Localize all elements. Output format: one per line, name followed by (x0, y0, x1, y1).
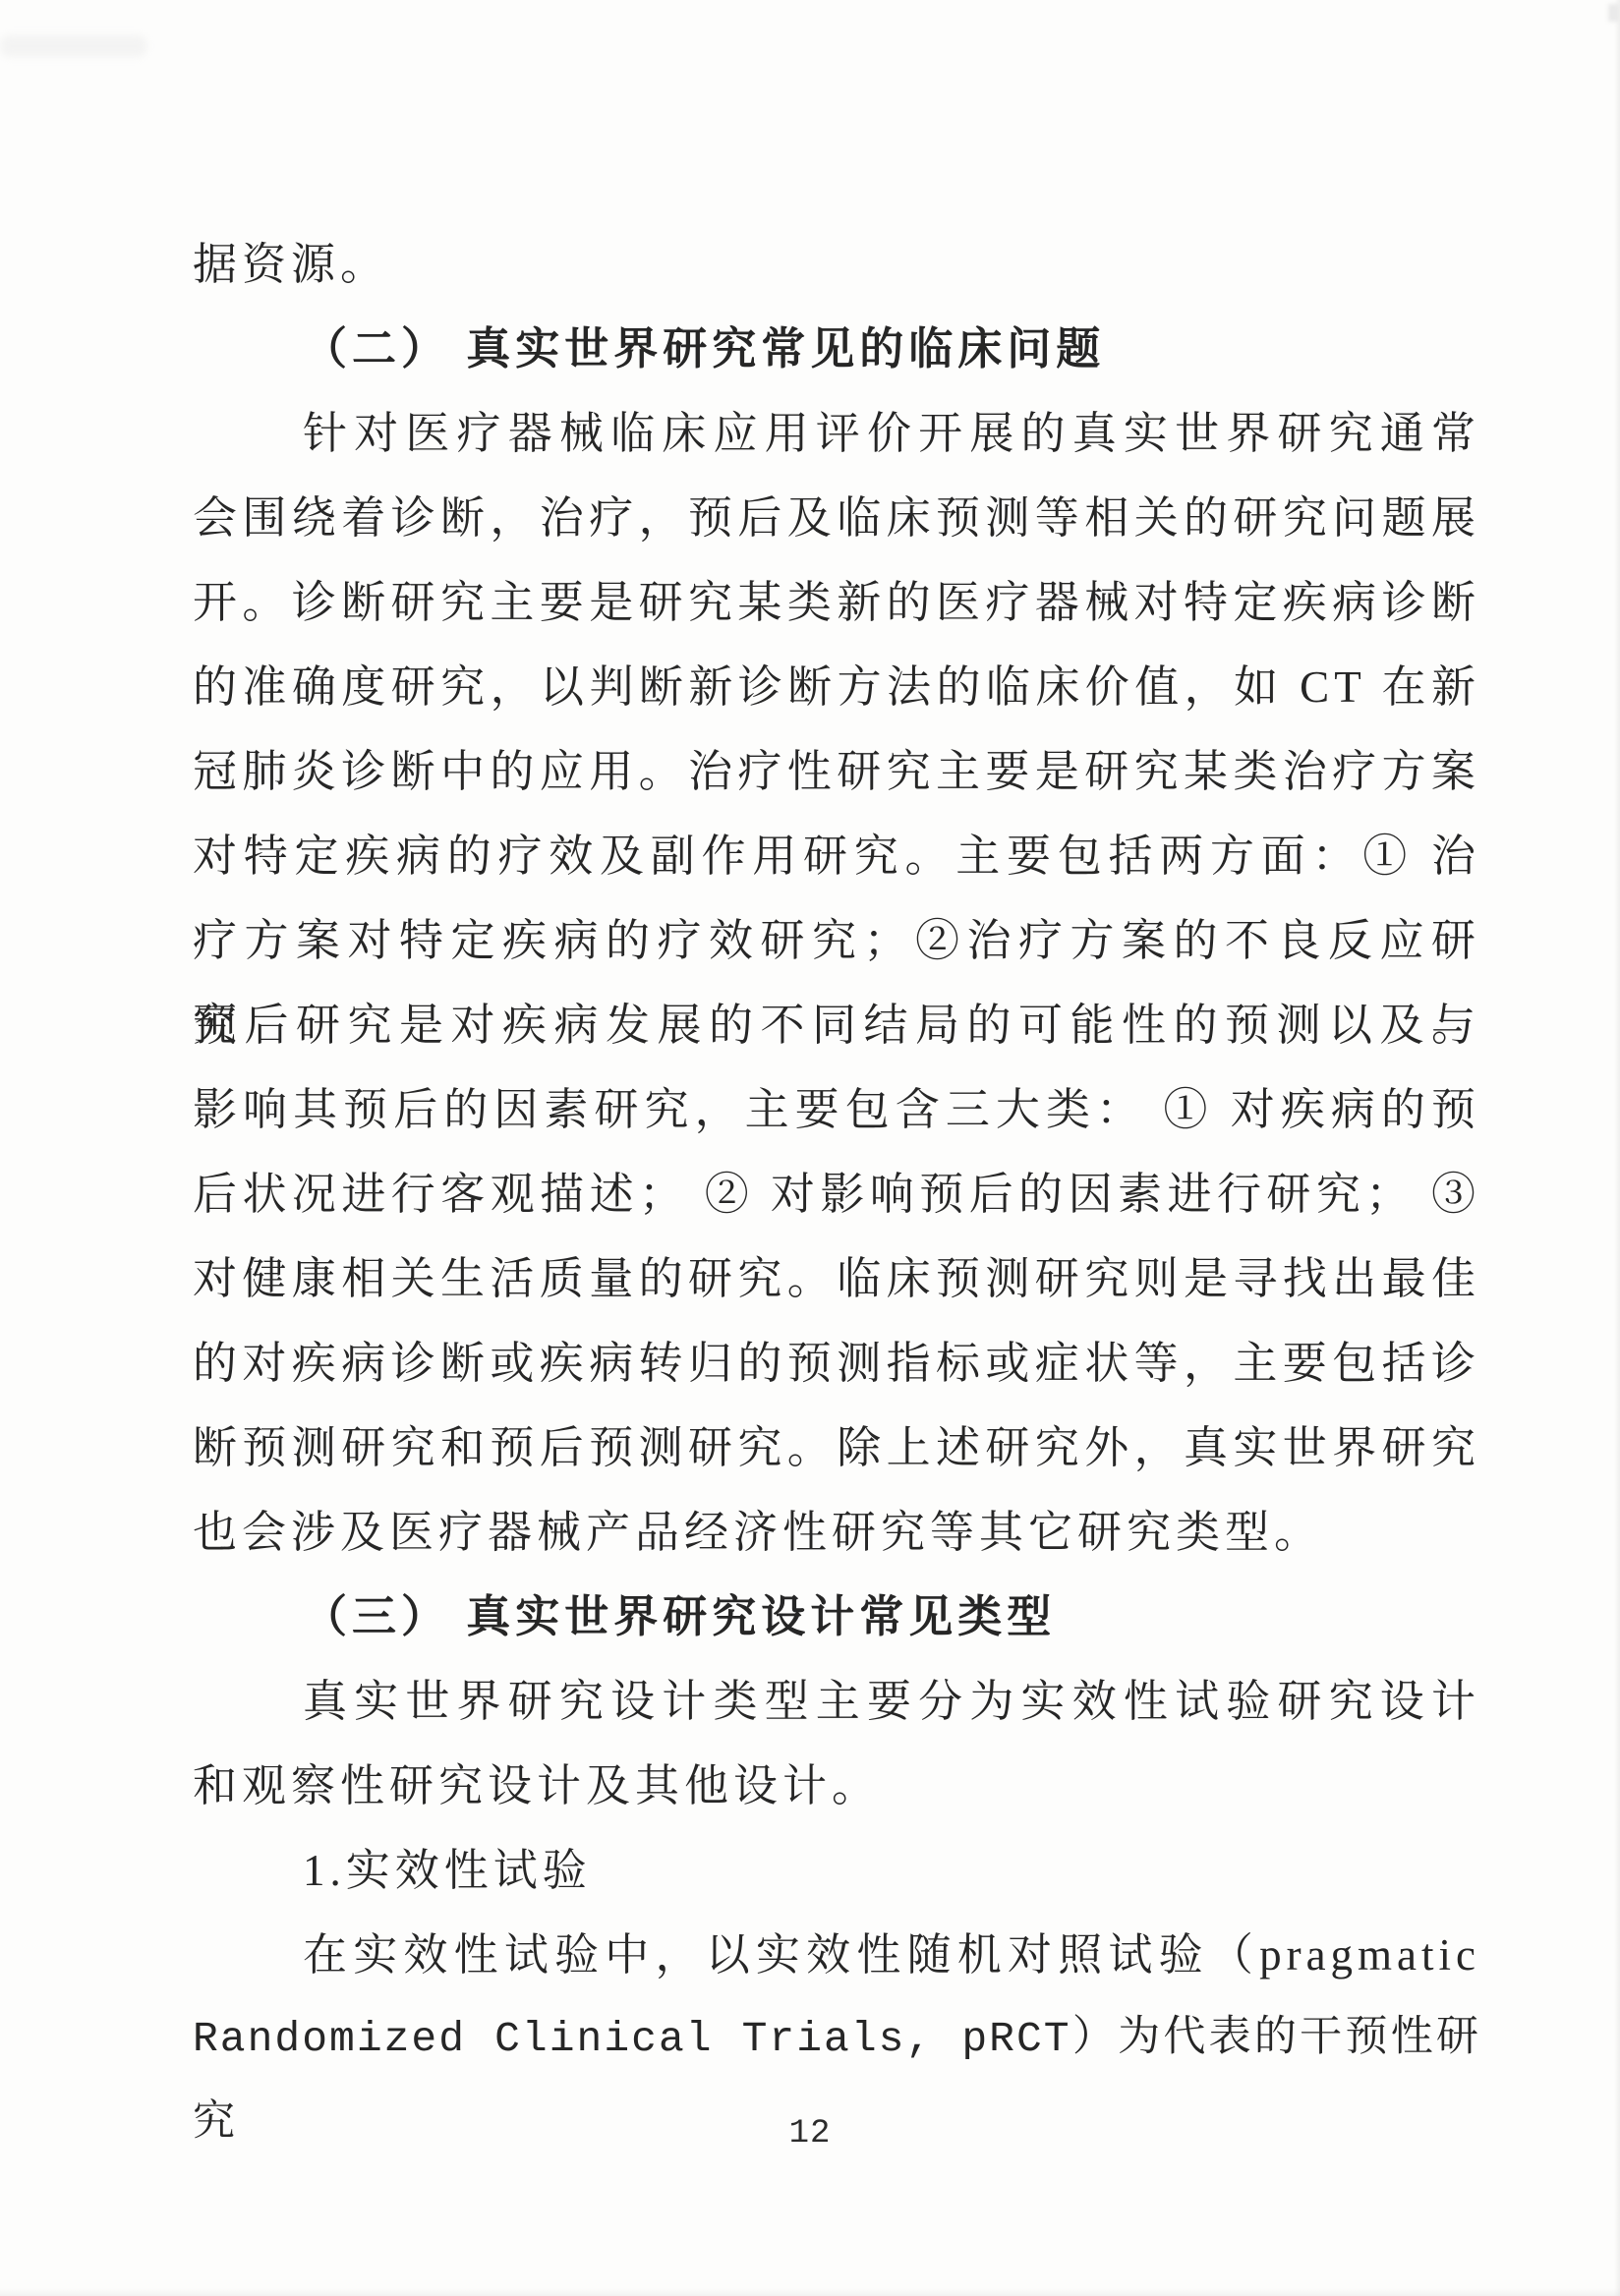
text-line: 冠肺炎诊断中的应用。治疗性研究主要是研究某类治疗方案 (193, 729, 1480, 814)
scan-artifact (1614, 0, 1620, 2296)
list-item-heading: 1.实效性试验 (193, 1828, 1480, 1913)
text-line: 疗方案对特定疾病的疗效研究；②治疗方案的不良反应研究。 (193, 898, 1480, 983)
section-heading: （二） 真实世界研究常见的临床问题 (193, 307, 1480, 391)
text-line: 对特定疾病的疗效及副作用研究。主要包括两方面：① 治 (193, 814, 1480, 898)
text-line: 会围绕着诊断，治疗，预后及临床预测等相关的研究问题展 (193, 476, 1480, 560)
text-block: 据资源。 （二） 真实世界研究常见的临床问题 针对医疗器械临床应用评价开展的真实… (193, 222, 1480, 2082)
text-line: 据资源。 (193, 222, 1480, 307)
page-number: 12 (0, 2115, 1620, 2152)
text-line: 断预测研究和预后预测研究。除上述研究外，真实世界研究 (193, 1406, 1480, 1490)
text-line: 的准确度研究，以判断新诊断方法的临床价值，如 CT 在新 (193, 645, 1480, 729)
text-line: 真实世界研究设计类型主要分为实效性试验研究设计 (193, 1659, 1480, 1744)
scan-artifact (0, 2288, 1620, 2296)
text-line: 开。诊断研究主要是研究某类新的医疗器械对特定疾病诊断 (193, 560, 1480, 645)
text-line: 和观察性研究设计及其他设计。 (193, 1744, 1480, 1828)
text-line: 也会涉及医疗器械产品经济性研究等其它研究类型。 (193, 1490, 1480, 1575)
text-line: 在实效性试验中，以实效性随机对照试验（pragmatic (193, 1913, 1480, 1997)
section-heading: （三） 真实世界研究设计常见类型 (193, 1575, 1480, 1659)
text-line: 针对医疗器械临床应用评价开展的真实世界研究通常 (193, 391, 1480, 476)
text-line: 的对疾病诊断或疾病转归的预测指标或症状等，主要包括诊 (193, 1321, 1480, 1406)
text-line: 预后研究是对疾病发展的不同结局的可能性的预测以及与 (193, 983, 1480, 1067)
document-page: 据资源。 （二） 真实世界研究常见的临床问题 针对医疗器械临床应用评价开展的真实… (0, 0, 1620, 2296)
text-line: 影响其预后的因素研究，主要包含三大类： ① 对疾病的预 (193, 1067, 1480, 1152)
scan-artifact (0, 35, 147, 57)
text-line: 对健康相关生活质量的研究。临床预测研究则是寻找出最佳 (193, 1236, 1480, 1321)
text-line: Randomized Clinical Trials, pRCT）为代表的干预性… (193, 1997, 1480, 2082)
text-line: 后状况进行客观描述； ② 对影响预后的因素进行研究； ③ (193, 1152, 1480, 1236)
